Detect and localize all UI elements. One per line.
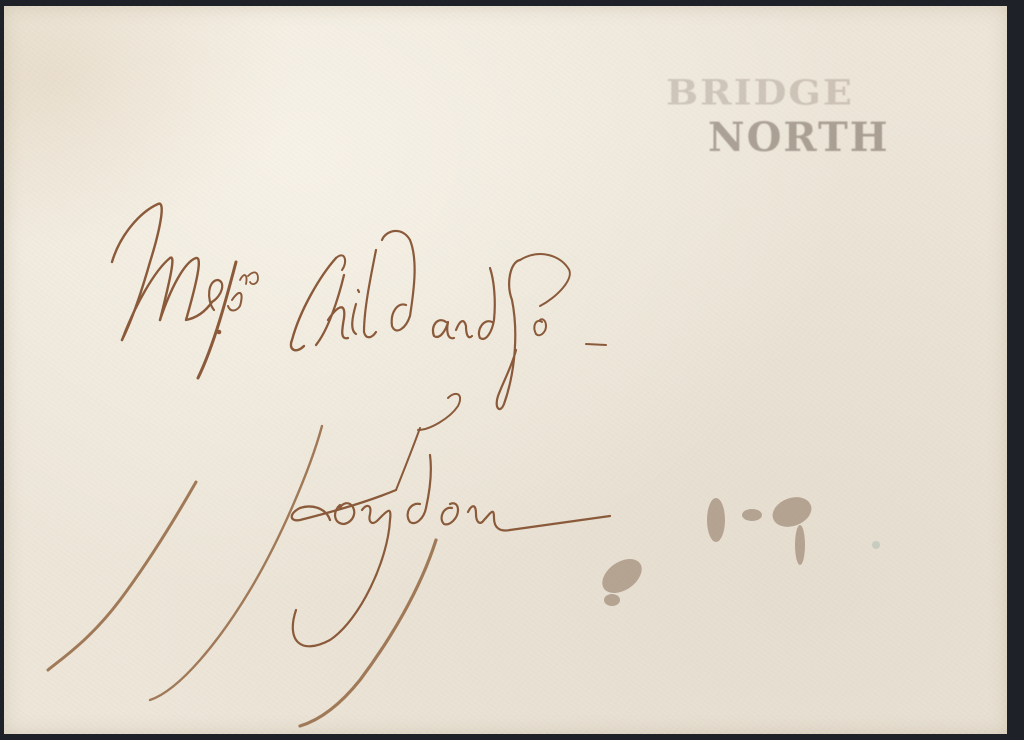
address-line1: Mess.rs Child and Co.: [0, 0, 1, 1]
handwriting-ink: [0, 0, 1024, 740]
